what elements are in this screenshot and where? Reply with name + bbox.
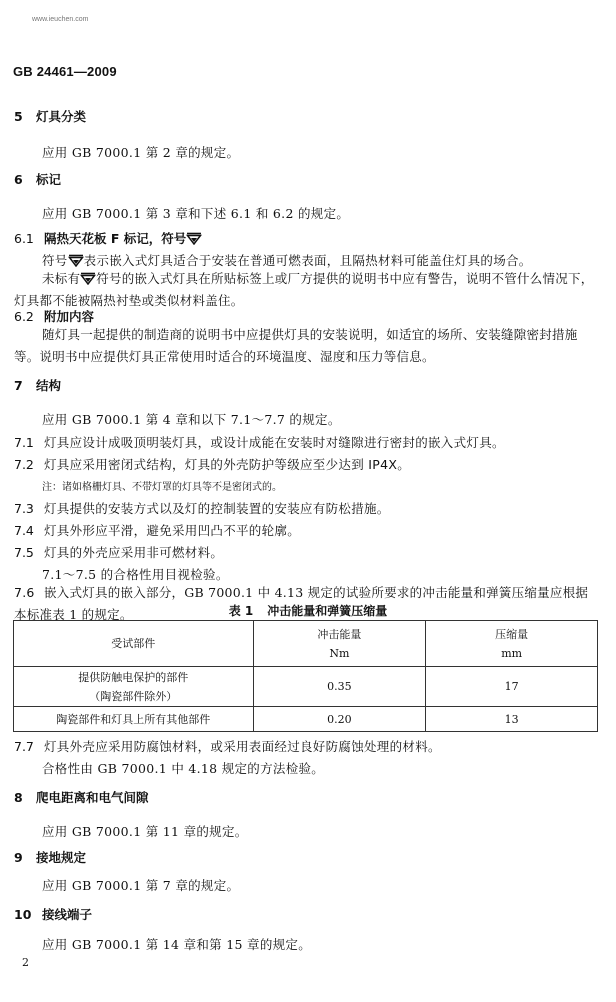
cell-text: 陶瓷部件和灯具上所有其他部件 (56, 713, 210, 726)
section-7-4: 7.4灯具外形应平滑，避免采用凹凸不平的轮廓。 (14, 521, 300, 539)
header-text: 受试部件 (111, 637, 155, 650)
section-text: 灯具的外壳应采用非可燃材料。 (44, 545, 223, 560)
table-label: 表 1 (229, 604, 254, 618)
section-6-1-para-2: 未标有符号的嵌入式灯具在所贴标签上或厂方提供的说明书中应有警告，说明不管什么情况… (14, 268, 600, 312)
table-row: 陶瓷部件和灯具上所有其他部件 0.20 13 (14, 707, 598, 732)
section-5-heading: 5灯具分类 (14, 107, 86, 125)
section-text: 灯具应采用密闭式结构，灯具的外壳防护等级应至少达到 IP4X。 (44, 457, 410, 472)
standard-code-header: GB 24461—2009 (13, 64, 117, 79)
table-row: 提供防触电保护的部件（陶瓷部件除外） 0.35 17 (14, 667, 598, 707)
section-title: 附加内容 (44, 309, 94, 324)
section-title: 接地规定 (36, 850, 86, 865)
table-header-row: 受试部件 冲击能量Nm 压缩量mm (14, 621, 598, 667)
section-7-heading: 7结构 (14, 376, 61, 394)
section-6-body: 应用 GB 7000.1 第 3 章和下述 6.1 和 6.2 的规定。 (42, 204, 349, 222)
text: 符号 (42, 253, 68, 268)
text: 表示嵌入式灯具适合于安装在普通可燃表面，且隔热材料可能盖住灯具的场合。 (84, 253, 532, 268)
section-number: 7.2 (14, 457, 44, 472)
text: 符号的嵌入式灯具在所贴标签上或厂方提供的说明书中应有警告，说明不管什么情况下，灯… (14, 271, 594, 308)
section-number: 8 (14, 790, 36, 805)
table-1-caption: 表 1冲击能量和弹簧压缩量 (0, 602, 616, 619)
section-title: 标记 (36, 172, 61, 187)
header-unit: mm (426, 644, 597, 663)
section-10-body: 应用 GB 7000.1 第 14 章和第 15 章的规定。 (42, 935, 311, 953)
section-6-1-para-1: 符号表示嵌入式灯具适合于安装在普通可燃表面，且隔热材料可能盖住灯具的场合。 (42, 251, 532, 269)
header-cell-energy: 冲击能量Nm (253, 621, 426, 667)
section-title: 结构 (36, 378, 61, 393)
section-9-body: 应用 GB 7000.1 第 7 章的规定。 (42, 876, 239, 894)
section-number: 7.6 (14, 582, 44, 604)
section-6-2-body: 随灯具一起提供的制造商的说明书中应提供灯具的安装说明，如适宜的场所、安装缝隙密封… (14, 324, 600, 368)
table-title: 冲击能量和弹簧压缩量 (267, 604, 387, 618)
section-number: 9 (14, 850, 36, 865)
f-mark-symbol-icon (80, 272, 96, 285)
section-10-heading: 10接线端子 (14, 905, 92, 923)
section-7-2-note: 注：诸如格栅灯具、不带灯罩的灯具等不是密闭式的。 (42, 478, 282, 493)
cell-part: 提供防触电保护的部件（陶瓷部件除外） (14, 667, 254, 707)
section-number: 7 (14, 378, 36, 393)
header-text: 冲击能量 (254, 625, 426, 644)
section-text: 灯具外壳应采用防腐蚀材料，或采用表面经过良好防腐蚀处理的材料。 (44, 739, 441, 754)
section-7-7: 7.7灯具外壳应采用防腐蚀材料，或采用表面经过良好防腐蚀处理的材料。 (14, 737, 441, 755)
section-8-heading: 8爬电距离和电气间隙 (14, 788, 149, 806)
section-7-7-check: 合格性由 GB 7000.1 中 4.18 规定的方法检验。 (42, 759, 324, 777)
section-title: 灯具分类 (36, 109, 86, 124)
section-title: 接线端子 (42, 907, 92, 922)
section-text: 灯具提供的安装方式以及灯的控制装置的安装应有防松措施。 (44, 501, 390, 516)
section-5-body: 应用 GB 7000.1 第 2 章的规定。 (42, 143, 239, 161)
impact-energy-table: 受试部件 冲击能量Nm 压缩量mm 提供防触电保护的部件（陶瓷部件除外） 0.3… (13, 620, 598, 732)
section-number: 7.4 (14, 523, 44, 538)
section-number: 7.3 (14, 501, 44, 516)
text: 未标有 (42, 271, 80, 286)
cell-compression: 17 (426, 667, 598, 707)
header-unit: Nm (254, 644, 426, 663)
section-6-1-heading: 6.1隔热天花板 F 标记，符号 (14, 229, 202, 247)
section-8-body: 应用 GB 7000.1 第 11 章的规定。 (42, 822, 248, 840)
section-7-body: 应用 GB 7000.1 第 4 章和以下 7.1～7.7 的规定。 (42, 410, 341, 428)
text: 随灯具一起提供的制造商的说明书中应提供灯具的安装说明，如适宜的场所、安装缝隙密封… (14, 327, 578, 364)
section-6-heading: 6标记 (14, 170, 61, 188)
f-mark-symbol-icon (68, 254, 84, 267)
section-number: 6.1 (14, 231, 44, 246)
section-text: 灯具应设计成吸顶明装灯具，或设计成能在安装时对缝隙进行密封的嵌入式灯具。 (44, 435, 505, 450)
cell-part: 陶瓷部件和灯具上所有其他部件 (14, 707, 254, 732)
section-7-5-check: 7.1～7.5 的合格性用目视检验。 (42, 565, 229, 583)
cell-energy: 0.35 (253, 667, 426, 707)
section-title: 爬电距离和电气间隙 (36, 790, 149, 805)
section-number: 6 (14, 172, 36, 187)
section-9-heading: 9接地规定 (14, 848, 86, 866)
section-6-2-heading: 6.2附加内容 (14, 307, 94, 325)
section-7-3: 7.3灯具提供的安装方式以及灯的控制装置的安装应有防松措施。 (14, 499, 390, 517)
section-7-2: 7.2灯具应采用密闭式结构，灯具的外壳防护等级应至少达到 IP4X。 (14, 455, 410, 473)
section-number: 5 (14, 109, 36, 124)
section-number: 7.1 (14, 435, 44, 450)
cell-compression: 13 (426, 707, 598, 732)
watermark: www.ieuchen.com (32, 16, 88, 23)
section-number: 7.5 (14, 545, 44, 560)
page-number: 2 (22, 956, 29, 969)
header-text: 压缩量 (426, 625, 597, 644)
section-title: 隔热天花板 F 标记，符号 (44, 231, 186, 246)
f-mark-symbol-icon (186, 232, 202, 245)
section-text: 灯具外形应平滑，避免采用凹凸不平的轮廓。 (44, 523, 300, 538)
section-number: 10 (14, 907, 42, 922)
header-cell-compression: 压缩量mm (426, 621, 598, 667)
cell-energy: 0.20 (253, 707, 426, 732)
header-cell-part: 受试部件 (14, 621, 254, 667)
section-number: 6.2 (14, 309, 44, 324)
section-7-5: 7.5灯具的外壳应采用非可燃材料。 (14, 543, 223, 561)
section-number: 7.7 (14, 739, 44, 754)
cell-text: 提供防触电保护的部件 (14, 668, 253, 687)
cell-text: （陶瓷部件除外） (14, 687, 253, 706)
section-7-1: 7.1灯具应设计成吸顶明装灯具，或设计成能在安装时对缝隙进行密封的嵌入式灯具。 (14, 433, 505, 451)
